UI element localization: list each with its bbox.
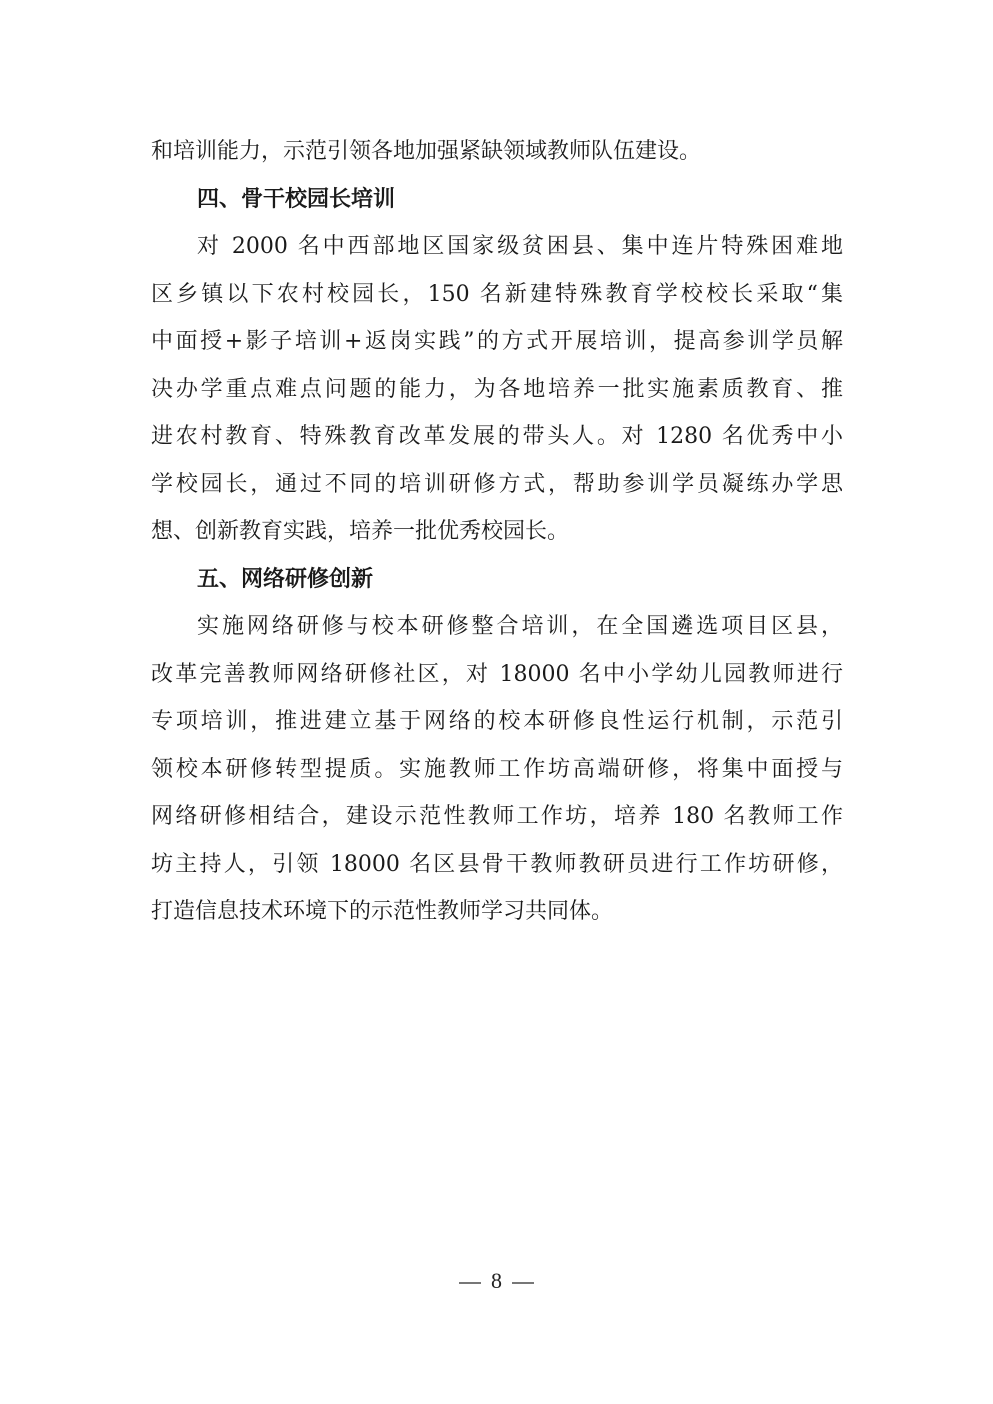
paragraph-line: 进农村教育、特殊教育改革发展的带头人。对 1280 名优秀中小 bbox=[151, 413, 843, 461]
paragraph-line: 改革完善教师网络研修社区，对 18000 名中小学幼儿园教师进行 bbox=[151, 651, 843, 699]
section-heading-4: 四、骨干校园长培训 bbox=[151, 176, 843, 224]
paragraph-line: 中面授+影子培训+返岗实践”的方式开展培训，提高参训学员解 bbox=[151, 318, 843, 366]
paragraph-line: 想、创新教育实践，培养一批优秀校园长。 bbox=[151, 508, 843, 556]
paragraph-line: 专项培训，推进建立基于网络的校本研修良性运行机制，示范引 bbox=[151, 698, 843, 746]
paragraph-line: 坊主持人，引领 18000 名区县骨干教师教研员进行工作坊研修， bbox=[151, 841, 843, 889]
paragraph-line: 打造信息技术环境下的示范性教师学习共同体。 bbox=[151, 888, 843, 936]
paragraph-line: 对 2000 名中西部地区国家级贫困县、集中连片特殊困难地 bbox=[151, 223, 843, 271]
dash-left-icon bbox=[459, 1282, 481, 1284]
section-heading-5: 五、网络研修创新 bbox=[151, 556, 843, 604]
paragraph-line: 决办学重点难点问题的能力，为各地培养一批实施素质教育、推 bbox=[151, 366, 843, 414]
section-4-paragraph: 对 2000 名中西部地区国家级贫困县、集中连片特殊困难地 区乡镇以下农村校园长… bbox=[151, 223, 843, 556]
paragraph-line: 领校本研修转型提质。实施教师工作坊高端研修，将集中面授与 bbox=[151, 746, 843, 794]
page-footer: 8 bbox=[0, 1268, 993, 1294]
paragraph-continuation-line: 和培训能力，示范引领各地加强紧缺领域教师队伍建设。 bbox=[151, 128, 843, 176]
section-5-paragraph: 实施网络研修与校本研修整合培训，在全国遴选项目区县， 改革完善教师网络研修社区，… bbox=[151, 603, 843, 936]
page-number: 8 bbox=[491, 1268, 502, 1293]
paragraph-line: 实施网络研修与校本研修整合培训，在全国遴选项目区县， bbox=[151, 603, 843, 651]
dash-right-icon bbox=[512, 1282, 534, 1284]
paragraph-line: 网络研修相结合，建设示范性教师工作坊，培养 180 名教师工作 bbox=[151, 793, 843, 841]
paragraph-line: 区乡镇以下农村校园长，150 名新建特殊教育学校校长采取“集 bbox=[151, 271, 843, 319]
paragraph-line: 学校园长，通过不同的培训研修方式，帮助参训学员凝练办学思 bbox=[151, 461, 843, 509]
document-page: 和培训能力，示范引领各地加强紧缺领域教师队伍建设。 四、骨干校园长培训 对 20… bbox=[151, 128, 843, 936]
